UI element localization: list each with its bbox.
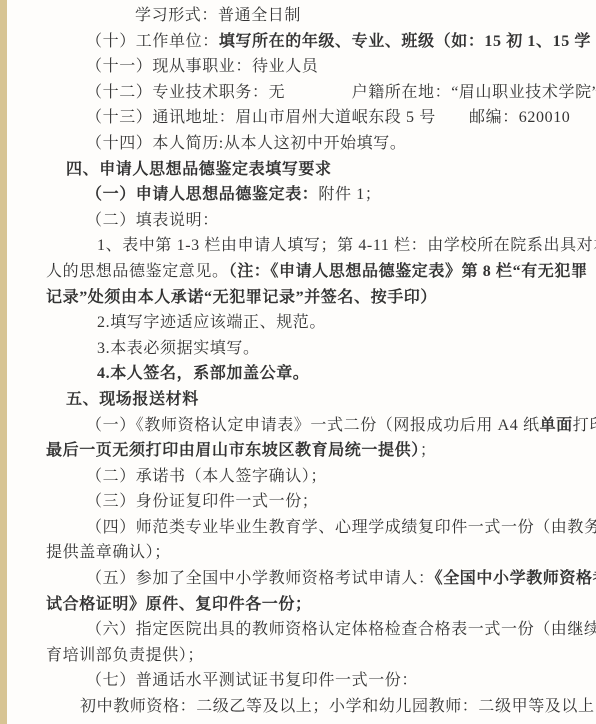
text-line: （五）参加了全国中小学教师资格考试申请人：《全国中小学教师资格考 [86, 566, 558, 592]
text-segment: （十三）通讯地址：眉山市眉州大道岷东段 5 号 邮编：620010 [86, 109, 570, 126]
text-line: 育培训部负责提供）； [46, 643, 558, 669]
text-line: （一）《教师资格认定申请表》一式二份（网报成功后用 A4 纸单面打印， [86, 413, 558, 439]
bold-text-segment: 试合格证明》原件、复印件各一份； [46, 596, 312, 613]
bold-text-segment: 五、现场报送材料 [66, 391, 199, 408]
text-line: （二）填表说明： [86, 208, 558, 234]
bold-text-segment: 4.本人签名，系部加盖公章。 [97, 365, 309, 382]
text-segment: 人的思想品德鉴定意见。 [46, 263, 229, 280]
text-line: （七）普通话水平测试证书复印件一式一份： [86, 668, 558, 694]
text-segment: 附件 1； [318, 186, 381, 203]
text-segment: （三）身份证复印件一式一份； [86, 493, 318, 510]
text-segment: （十）工作单位： [86, 33, 219, 50]
document-page: 学习形式：普通全日制（十）工作单位：填写所在的年级、专业、班级（如：15 初 1… [0, 0, 596, 724]
bold-text-segment: 四、申请人思想品德鉴定表填写要求 [66, 161, 332, 178]
text-line: （十二）专业技术职务：无 户籍所在地：“眉山职业技术学院” [86, 80, 558, 106]
text-line: （二）承诺书（本人签字确认）； [86, 464, 558, 490]
bold-text-segment: （一）申请人思想品德鉴定表： [86, 186, 318, 203]
text-line: （十）工作单位：填写所在的年级、专业、班级（如：15 初 1、15 学 1） [86, 29, 558, 55]
document-body: 学习形式：普通全日制（十）工作单位：填写所在的年级、专业、班级（如：15 初 1… [0, 0, 596, 724]
text-segment: （五）参加了全国中小学教师资格考试申请人： [86, 570, 435, 587]
text-line: 试合格证明》原件、复印件各一份； [46, 592, 558, 618]
text-segment: 1、表中第 1-3 栏由申请人填写；第 4-11 栏：由学校所在院系出具对本 [97, 237, 596, 254]
text-segment: 打印， [573, 417, 596, 434]
text-line: 初中教师资格：二级乙等及以上；小学和幼儿园教师：二级甲等及以上； [80, 694, 558, 720]
bold-text-segment: 最后一页无须打印由眉山市东坡区教育局统一提供） [46, 442, 420, 459]
text-segment: （十二）专业技术职务：无 户籍所在地：“眉山职业技术学院” [86, 84, 596, 101]
text-segment: 初中教师资格：二级乙等及以上；小学和幼儿园教师：二级甲等及以上； [80, 698, 596, 715]
text-line: （一）申请人思想品德鉴定表：附件 1； [86, 182, 558, 208]
bold-text-segment: 记录”处须由本人承诺“无犯罪记录”并签名、按手印） [46, 289, 437, 306]
text-line: 记录”处须由本人承诺“无犯罪记录”并签名、按手印） [46, 285, 558, 311]
text-segment: 提供盖章确认）； [46, 544, 171, 561]
bold-text-segment: 《全国中小学教师资格考 [435, 570, 596, 587]
text-segment: 育培训部负责提供）； [46, 647, 204, 664]
text-line: （四）师范类专业毕业生教育学、心理学成绩复印件一式一份（由教务处 [86, 515, 558, 541]
text-line: 提供盖章确认）； [46, 540, 558, 566]
text-line: （十一）现从事职业：待业人员 [86, 54, 558, 80]
text-line: （十三）通讯地址：眉山市眉州大道岷东段 5 号 邮编：620010 [86, 105, 558, 131]
bold-text-segment: 填写所在的年级、专业、班级（如：15 初 1、15 学 1） [219, 33, 596, 50]
text-segment: （七）普通话水平测试证书复印件一式一份： [86, 672, 418, 689]
bold-text-segment: 单面 [540, 417, 573, 434]
text-line: 学习形式：普通全日制 [135, 3, 558, 29]
text-line: 1、表中第 1-3 栏由申请人填写；第 4-11 栏：由学校所在院系出具对本 [97, 233, 558, 259]
text-line: 五、现场报送材料 [66, 387, 558, 413]
text-line: （三）身份证复印件一式一份； [86, 489, 558, 515]
text-segment: （十一）现从事职业：待业人员 [86, 58, 318, 75]
text-line: 最后一页无须打印由眉山市东坡区教育局统一提供）； [46, 438, 558, 464]
text-segment: （六）指定医院出具的教师资格认定体格检查合格表一式一份（由继续教 [86, 621, 596, 638]
text-segment: 学习形式：普通全日制 [135, 7, 301, 24]
text-line: 2.填写字迹适应该端正、规范。 [97, 310, 558, 336]
text-segment: （二）填表说明： [86, 212, 219, 229]
text-line: （十四）本人简历:从本人这初中开始填写。 [86, 131, 558, 157]
text-segment: （一）《教师资格认定申请表》一式二份（网报成功后用 A4 纸 [86, 417, 540, 434]
text-segment: （十四）本人简历:从本人这初中开始填写。 [86, 135, 406, 152]
text-line: 四、申请人思想品德鉴定表填写要求 [66, 157, 558, 183]
text-segment: （二）承诺书（本人签字确认）； [86, 468, 327, 485]
text-segment: （四）师范类专业毕业生教育学、心理学成绩复印件一式一份（由教务处 [86, 519, 596, 536]
text-segment: 2.填写字迹适应该端正、规范。 [97, 314, 326, 331]
text-segment: ； [420, 442, 437, 459]
bold-text-segment: （注：《申请人思想品德鉴定表》第 8 栏“有无犯罪 [229, 263, 588, 280]
text-line: （六）指定医院出具的教师资格认定体格检查合格表一式一份（由继续教 [86, 617, 558, 643]
text-line: 3.本表必须据实填写。 [97, 336, 558, 362]
text-line: 人的思想品德鉴定意见。（注：《申请人思想品德鉴定表》第 8 栏“有无犯罪 [46, 259, 558, 285]
text-line: 4.本人签名，系部加盖公章。 [97, 361, 558, 387]
text-segment: 3.本表必须据实填写。 [97, 340, 260, 357]
